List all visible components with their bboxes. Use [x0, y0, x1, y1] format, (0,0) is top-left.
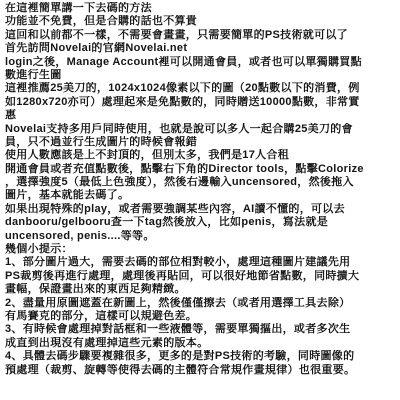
- text-line: 首先訪問Novelai的官網Novelai.net: [5, 42, 396, 55]
- text-line: danbooru/gelbooru查一下tag然後放入，比如penis，寫法就是: [5, 216, 396, 229]
- text-line: login之後，Manage Account裡可以開通會員，或者也可以單獨購買點: [5, 56, 396, 69]
- text-line: 預處理（裁剪、旋轉等使得去碼的主體符合常規作畫規律）也很重要。: [5, 364, 396, 377]
- text-line: 開通會員或者充值點數後，點擊右下角的Director tools，點擊Color…: [5, 163, 396, 176]
- text-line: uncensored, penis....等等。: [5, 230, 396, 243]
- document-body: 在這裡簡單講一下去碼的方法 功能並不免費，但是合購的話也不算貴 這回和以前都不一…: [5, 2, 396, 377]
- text-line: 這回和以前都不一樣，不需要會畫畫，只需要簡單的PS技術就可以了: [5, 29, 396, 42]
- text-line: Novelai支持多用戶同時使用，也就是說可以多人一起合購25美刀的會: [5, 123, 396, 136]
- text-line: 2、盡量用原圖遮蓋在新圖上，然後僅僅擦去（或者用選擇工具去除）: [5, 297, 396, 310]
- text-line: 圖片，基本就能去碼了。: [5, 189, 396, 202]
- text-line: 4、具體去碼步驟要複雜很多，更多的是對PS技術的考驗，同時圖像的: [5, 350, 396, 363]
- text-line: 如果出現特殊的play，或者需要強調某些內容，AI讀不懂的，可以去: [5, 203, 396, 216]
- text-line: 3、有時候會處理掉對話框和一些液體等，需要單獨摳出，或者多次生: [5, 323, 396, 336]
- text-line: 成直到出現沒有處理掉這些元素的版本。: [5, 337, 396, 350]
- text-line: 在這裡簡單講一下去碼的方法: [5, 2, 396, 15]
- text-line: 幾個小提示：: [5, 243, 396, 256]
- text-line: 員，只不過並行生成圖片的時候會報錯: [5, 136, 396, 149]
- text-document: 在這裡簡單講一下去碼的方法 功能並不免費，但是合購的話也不算貴 這回和以前都不一…: [0, 0, 400, 400]
- text-line: 使用人數應該是上不封頂的，但別太多，我們是17人合租: [5, 149, 396, 162]
- text-line: 1、部分圖片過大，需要去碼的部位相對較小，處理這種圖片建議先用: [5, 256, 396, 269]
- text-line: PS裁剪後再進行處理，處理後再貼回，可以很好地節省點數，同時擴大: [5, 270, 396, 283]
- text-line: 功能並不免費，但是合購的話也不算貴: [5, 15, 396, 28]
- text-line: 畫幅，保證畫出來的東西足夠精緻。: [5, 283, 396, 296]
- text-line: ，選擇強度5（最低上色強度），然後右邊輸入uncensored，然後拖入: [5, 176, 396, 189]
- text-line: 惠: [5, 109, 396, 122]
- text-line: 有馬賽克的部分，這樣可以規避色差。: [5, 310, 396, 323]
- text-line: 如1280x720亦可）處理起來是免點數的，同時贈送10000點數，非常實: [5, 96, 396, 109]
- text-line: 這裡推薦25美刀的，1024x1024像素以下的圖（20點數以下的消費，例: [5, 82, 396, 95]
- text-line: 數進行生圖: [5, 69, 396, 82]
